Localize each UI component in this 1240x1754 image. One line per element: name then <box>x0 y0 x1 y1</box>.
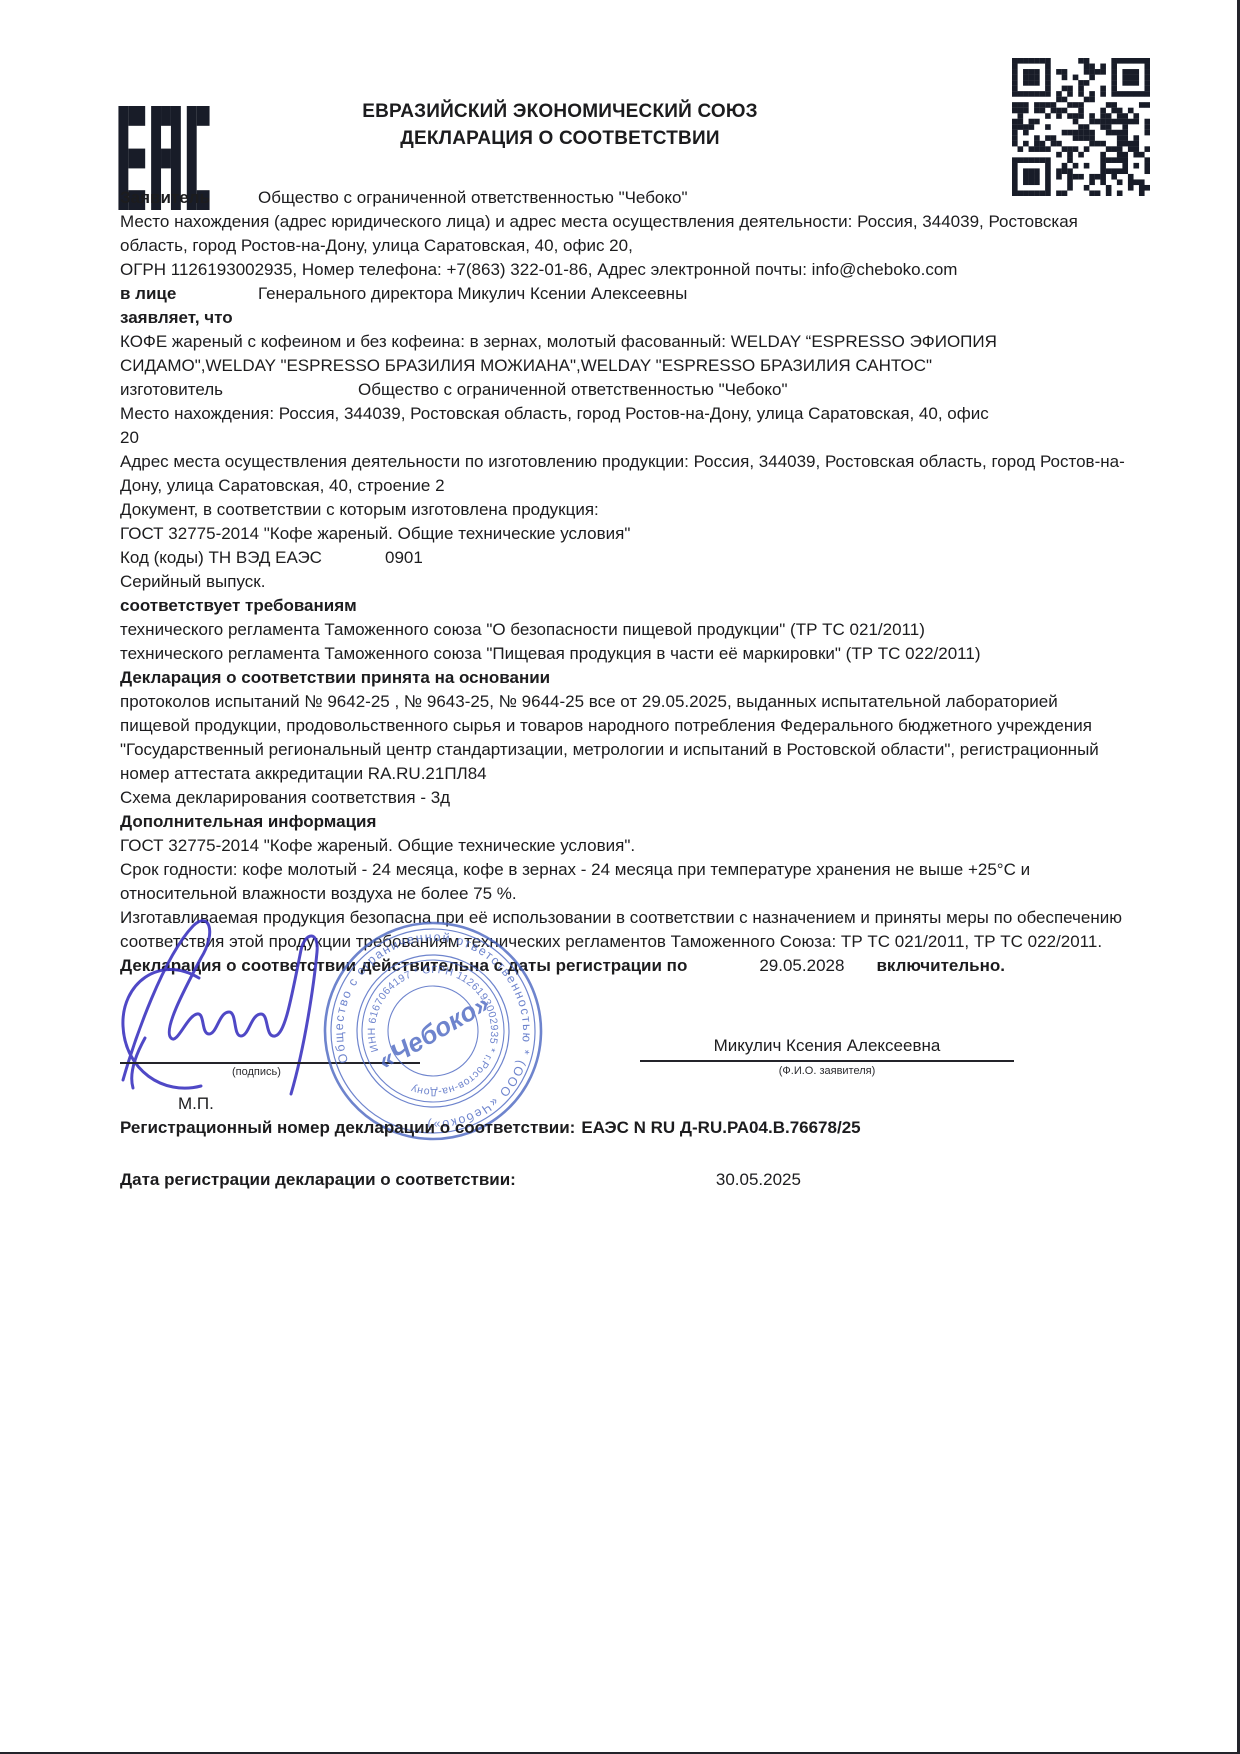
additional-info-heading: Дополнительная информация <box>120 810 1126 834</box>
registration-date-label: Дата регистрации декларации о соответств… <box>120 1170 516 1189</box>
validity-label: Декларация о соответствии действительна … <box>120 956 687 975</box>
applicant-label: Заявитель <box>120 186 258 210</box>
manufacturer-row: изготовительОбщество с ограниченной отве… <box>120 378 1126 402</box>
manufacturer-address-line2: 20 <box>120 426 1126 450</box>
mp-seal-mark: М.П. <box>178 1094 214 1114</box>
basis-heading: Декларация о соответствии принята на осн… <box>120 666 1126 690</box>
validity-date: 29.05.2028 <box>759 956 844 975</box>
applicant-row: ЗаявительОбщество с ограниченной ответст… <box>120 186 1126 210</box>
applicant-name: Общество с ограниченной ответственностью… <box>258 188 688 207</box>
registration-date-row: Дата регистрации декларации о соответств… <box>120 1170 801 1190</box>
in-person-value: Генерального директора Микулич Ксении Ал… <box>258 284 687 303</box>
compliance-item-1: технического регламента Таможенного союз… <box>120 618 1126 642</box>
tnved-code: 0901 <box>385 548 423 567</box>
signature-line <box>120 1062 420 1064</box>
title-doc-type: ДЕКЛАРАЦИЯ О СООТВЕТСТВИИ <box>280 125 840 152</box>
qr-code <box>1012 58 1150 196</box>
applicant-address: Место нахождения (адрес юридического лиц… <box>120 210 1126 258</box>
fio-block: Микулич Ксения Алексеевна (Ф.И.О. заявит… <box>640 1036 1014 1077</box>
signature-caption: (подпись) <box>232 1066 281 1078</box>
applicant-contacts: ОГРН 1126193002935, Номер телефона: +7(8… <box>120 258 1126 282</box>
basis-protocols: протоколов испытаний № 9642-25 , № 9643-… <box>120 690 1126 786</box>
in-person-row: в лицеГенерального директора Микулич Ксе… <box>120 282 1126 306</box>
tnved-row: Код (коды) ТН ВЭД ЕАЭС0901 <box>120 546 1126 570</box>
manufacturer-name: Общество с ограниченной ответственностью… <box>358 380 788 399</box>
compliance-item-2: технического регламента Таможенного союз… <box>120 642 1126 666</box>
manufacturer-address-line1: Место нахождения: Россия, 344039, Ростов… <box>120 402 1126 426</box>
additional-gost: ГОСТ 32775-2014 "Кофе жареный. Общие тех… <box>120 834 1126 858</box>
in-person-label: в лице <box>120 282 258 306</box>
validity-row: Декларация о соответствии действительна … <box>120 954 1126 978</box>
registration-number-label: Регистрационный номер декларации о соотв… <box>120 1118 575 1137</box>
compliance-heading: соответствует требованиям <box>120 594 1126 618</box>
registration-number-value: ЕАЭС N RU Д-RU.РА04.В.76678/25 <box>581 1118 860 1137</box>
shelf-life: Срок годности: кофе молотый - 24 месяца,… <box>120 858 1126 906</box>
registration-number-row: Регистрационный номер декларации о соотв… <box>120 1118 861 1138</box>
declares-label: заявляет, что <box>120 306 1126 330</box>
declaration-scheme: Схема декларирования соответствия - 3д <box>120 786 1126 810</box>
product-doc-gost: ГОСТ 32775-2014 "Кофе жареный. Общие тех… <box>120 522 1126 546</box>
manufacturer-activity-address: Адрес места осуществления деятельности п… <box>120 450 1126 498</box>
manufacturer-label: изготовитель <box>120 378 358 402</box>
document-body: ЗаявительОбщество с ограниченной ответст… <box>120 186 1126 978</box>
registration-date-value: 30.05.2025 <box>716 1170 801 1189</box>
declaration-document: ЕВРАЗИЙСКИЙ ЭКОНОМИЧЕСКИЙ СОЮЗ ДЕКЛАРАЦИ… <box>0 0 1240 1754</box>
title-union: ЕВРАЗИЙСКИЙ ЭКОНОМИЧЕСКИЙ СОЮЗ <box>280 98 840 125</box>
fio-caption: (Ф.И.О. заявителя) <box>640 1062 1014 1077</box>
fio-name: Микулич Ксения Алексеевна <box>640 1036 1014 1062</box>
product-description: КОФЕ жареный с кофеином и без кофеина: в… <box>120 330 1126 378</box>
safety-statement: Изготавливаемая продукция безопасна при … <box>120 906 1126 954</box>
serial-production: Серийный выпуск. <box>120 570 1126 594</box>
product-doc-intro: Документ, в соответствии с которым изгот… <box>120 498 1126 522</box>
validity-suffix: включительно. <box>876 956 1005 975</box>
tnved-label: Код (коды) ТН ВЭД ЕАЭС <box>120 546 385 570</box>
document-title: ЕВРАЗИЙСКИЙ ЭКОНОМИЧЕСКИЙ СОЮЗ ДЕКЛАРАЦИ… <box>280 98 840 152</box>
